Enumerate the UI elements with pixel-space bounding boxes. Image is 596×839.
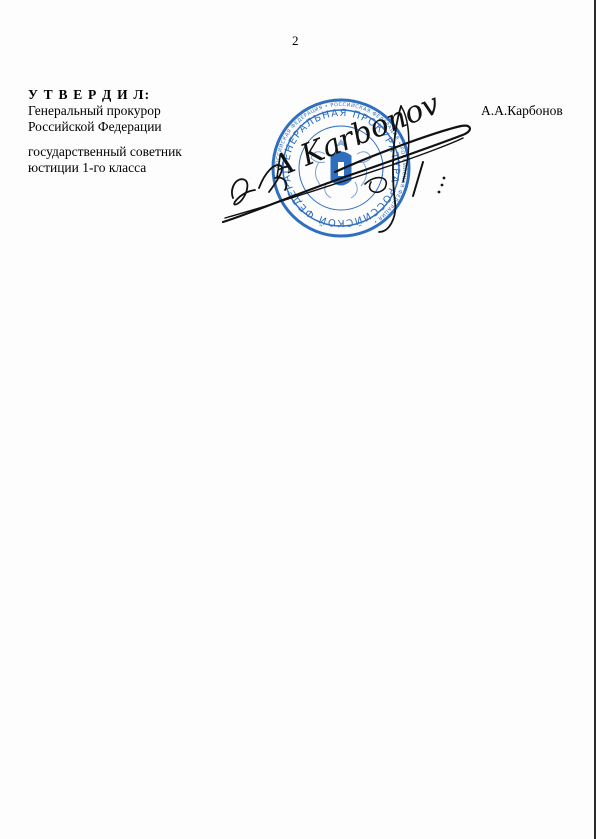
rank-line-1: государственный советник — [28, 144, 182, 160]
signer-name: А.А.Карбонов — [481, 103, 563, 119]
seal-and-signature: РОССИЙСКАЯ ФЕДЕРАЦИЯ • РОССИЙСКАЯ ФЕДЕРА… — [215, 92, 485, 252]
approval-block: У Т В Е Р Д И Л: Генеральный прокурор Ро… — [28, 87, 182, 176]
position-line-1: Генеральный прокурор — [28, 103, 182, 119]
approval-heading: У Т В Е Р Д И Л: — [28, 87, 182, 103]
position-line-2: Российской Федерации — [28, 119, 182, 135]
document-page: 2 У Т В Е Р Д И Л: Генеральный прокурор … — [0, 0, 596, 839]
rank-line-2: юстиции 1-го класса — [28, 160, 182, 176]
page-number: 2 — [292, 33, 299, 49]
